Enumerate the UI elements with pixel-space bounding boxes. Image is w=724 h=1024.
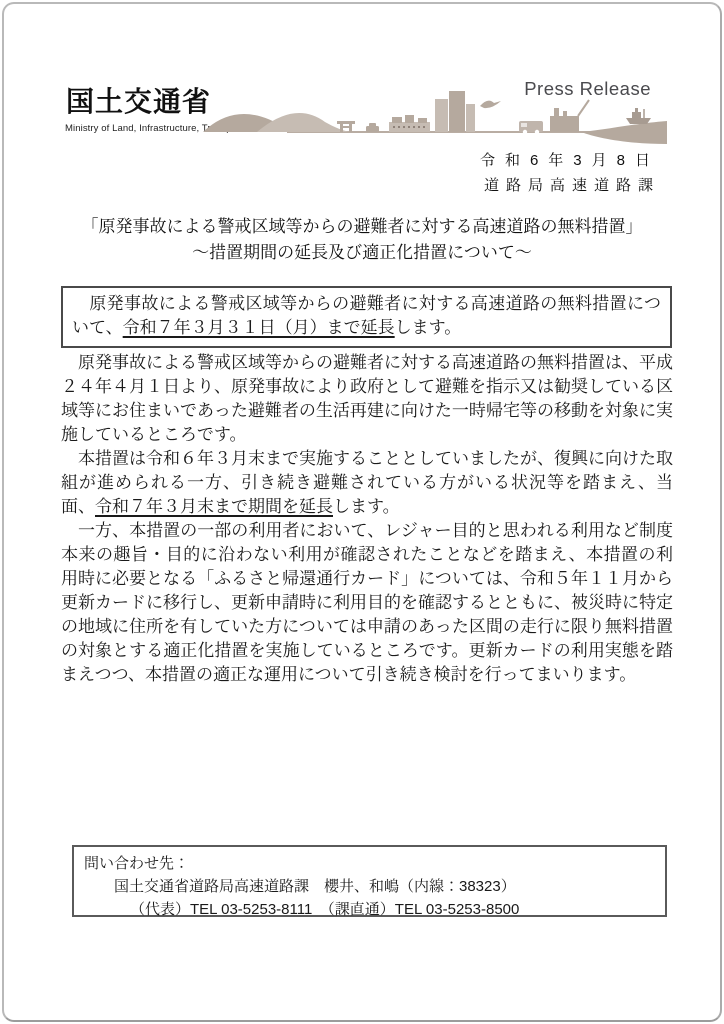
car-icon	[366, 123, 379, 132]
bird-icon	[480, 101, 501, 109]
summary-text: 原発事故による警戒区域等からの避難者に対する高速道路の無料措置について、令和７年…	[72, 292, 661, 340]
houses-icon	[389, 115, 430, 132]
mountain-icon	[257, 113, 351, 132]
body-paragraph-2: 本措置は令和６年３月末まで実施することとしていましたが、復興に向けた取組が進めら…	[61, 447, 673, 519]
paragraph2-underlined-text: 令和７年３月末まで期間を延長	[95, 497, 333, 516]
document-title-line1: 「原発事故による警戒区域等からの避難者に対する高速道路の無料措置」	[4, 214, 720, 240]
sea-icon	[581, 121, 667, 144]
department-name: 道路局高速道路課	[480, 173, 660, 198]
boat-icon	[626, 108, 651, 124]
date-block: 令和6年3月8日 道路局高速道路課	[480, 148, 660, 198]
press-release-page: 国土交通省 Ministry of Land, Infrastructure, …	[2, 2, 722, 1022]
factory-icon	[550, 100, 589, 132]
ministry-skyline-graphic	[199, 74, 669, 146]
release-date: 令和6年3月8日	[480, 148, 660, 173]
contact-box: 問い合わせ先： 国土交通省道路局高速道路課 櫻井、和嶋（内線：38323） （代…	[72, 845, 667, 917]
document-title: 「原発事故による警戒区域等からの避難者に対する高速道路の無料措置」 ～措置期間の…	[4, 214, 720, 266]
body-text: 原発事故による警戒区域等からの避難者に対する高速道路の無料措置は、平成２４年４月…	[61, 351, 673, 687]
contact-heading: 問い合わせ先：	[84, 852, 655, 875]
body-paragraph-3: 一方、本措置の一部の利用者において、レジャー目的と思われる利用など制度本来の趣旨…	[61, 519, 673, 687]
summary-box: 原発事故による警戒区域等からの避難者に対する高速道路の無料措置について、令和７年…	[61, 286, 672, 348]
ministry-logo-japanese: 国土交通省	[66, 88, 211, 116]
contact-department-line: 国土交通省道路局高速道路課 櫻井、和嶋（内線：38323）	[114, 875, 655, 898]
document-title-line2: ～措置期間の延長及び適正化措置について～	[4, 240, 720, 266]
contact-phone-line: （代表）TEL 03-5253-8111 （課直通）TEL 03-5253-85…	[130, 898, 655, 921]
summary-underlined-text: 令和７年３月３１日（月）まで延長	[123, 318, 395, 337]
body-paragraph-1: 原発事故による警戒区域等からの避難者に対する高速道路の無料措置は、平成２４年４月…	[61, 351, 673, 447]
buildings-icon	[435, 91, 475, 132]
